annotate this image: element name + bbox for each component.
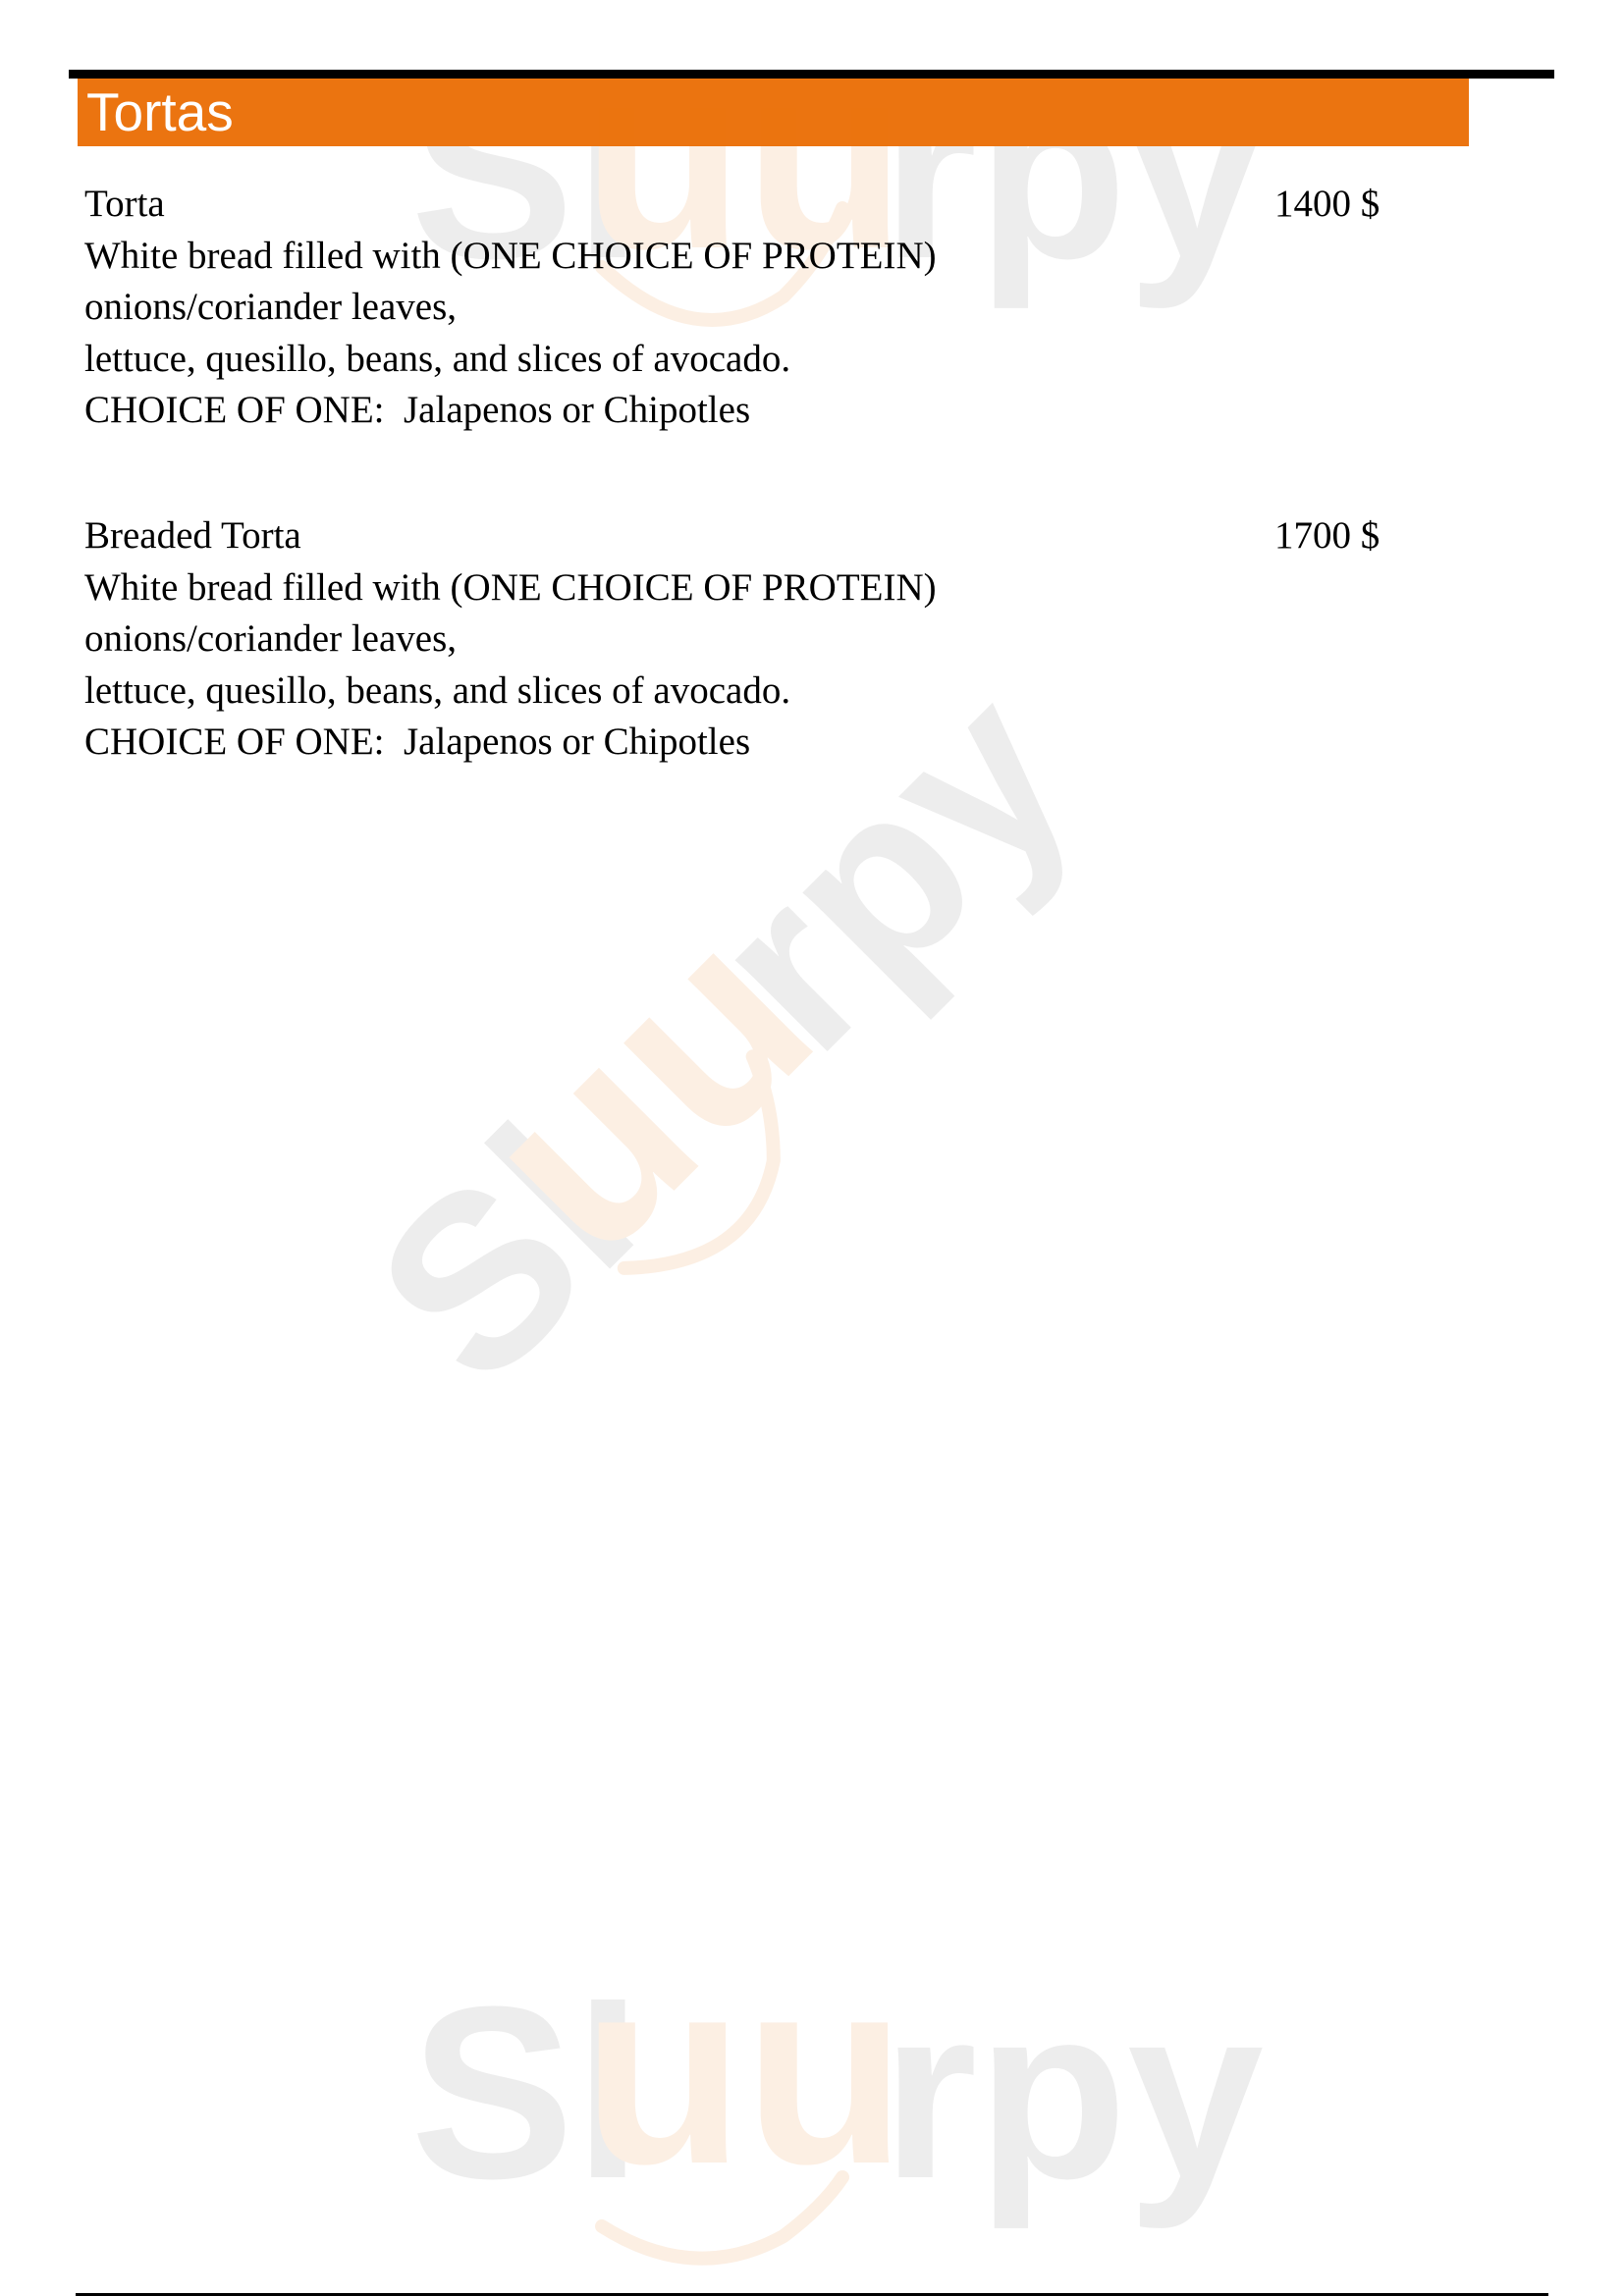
section-title: Tortas: [86, 80, 234, 143]
item-description-line: CHOICE OF ONE: Jalapenos or Chipotles: [84, 717, 1390, 769]
item-price: 1700 $: [1274, 510, 1380, 562]
item-description-line: onions/coriander leaves,: [84, 614, 1390, 666]
svg-text:uu: uu: [582, 1924, 906, 2219]
svg-text:Sl: Sl: [410, 1955, 642, 2229]
svg-text:uu: uu: [428, 871, 866, 1308]
sluurpy-logo-icon: Sl uu rpy: [410, 1971, 1225, 2266]
menu-item: Breaded Torta 1700 $ White bread filled …: [84, 510, 1390, 769]
top-rule-divider: [69, 70, 1554, 79]
sluurpy-logo-icon: Sl uu rpy: [343, 681, 1120, 1459]
item-description-line: White bread filled with (ONE CHOICE OF P…: [84, 231, 1390, 283]
watermark-logo-middle: Sl uu rpy: [343, 681, 1120, 1459]
menu-item: Torta 1400 $ White bread filled with (ON…: [84, 179, 1390, 437]
section-header-band: Tortas: [78, 79, 1469, 146]
svg-text:Sl: Sl: [325, 1076, 682, 1433]
item-description-line: CHOICE OF ONE: Jalapenos or Chipotles: [84, 385, 1390, 437]
watermark-logo-bottom: Sl uu rpy: [410, 1971, 1225, 2266]
item-description-line: White bread filled with (ONE CHOICE OF P…: [84, 562, 1390, 614]
item-description-line: onions/coriander leaves,: [84, 282, 1390, 334]
item-description-line: lettuce, quesillo, beans, and slices of …: [84, 666, 1390, 718]
item-name: Torta: [84, 179, 1390, 231]
item-price: 1400 $: [1274, 179, 1380, 231]
item-name: Breaded Torta: [84, 510, 1390, 562]
svg-text:rpy: rpy: [882, 1955, 1264, 2229]
item-description-line: lettuce, quesillo, beans, and slices of …: [84, 334, 1390, 386]
